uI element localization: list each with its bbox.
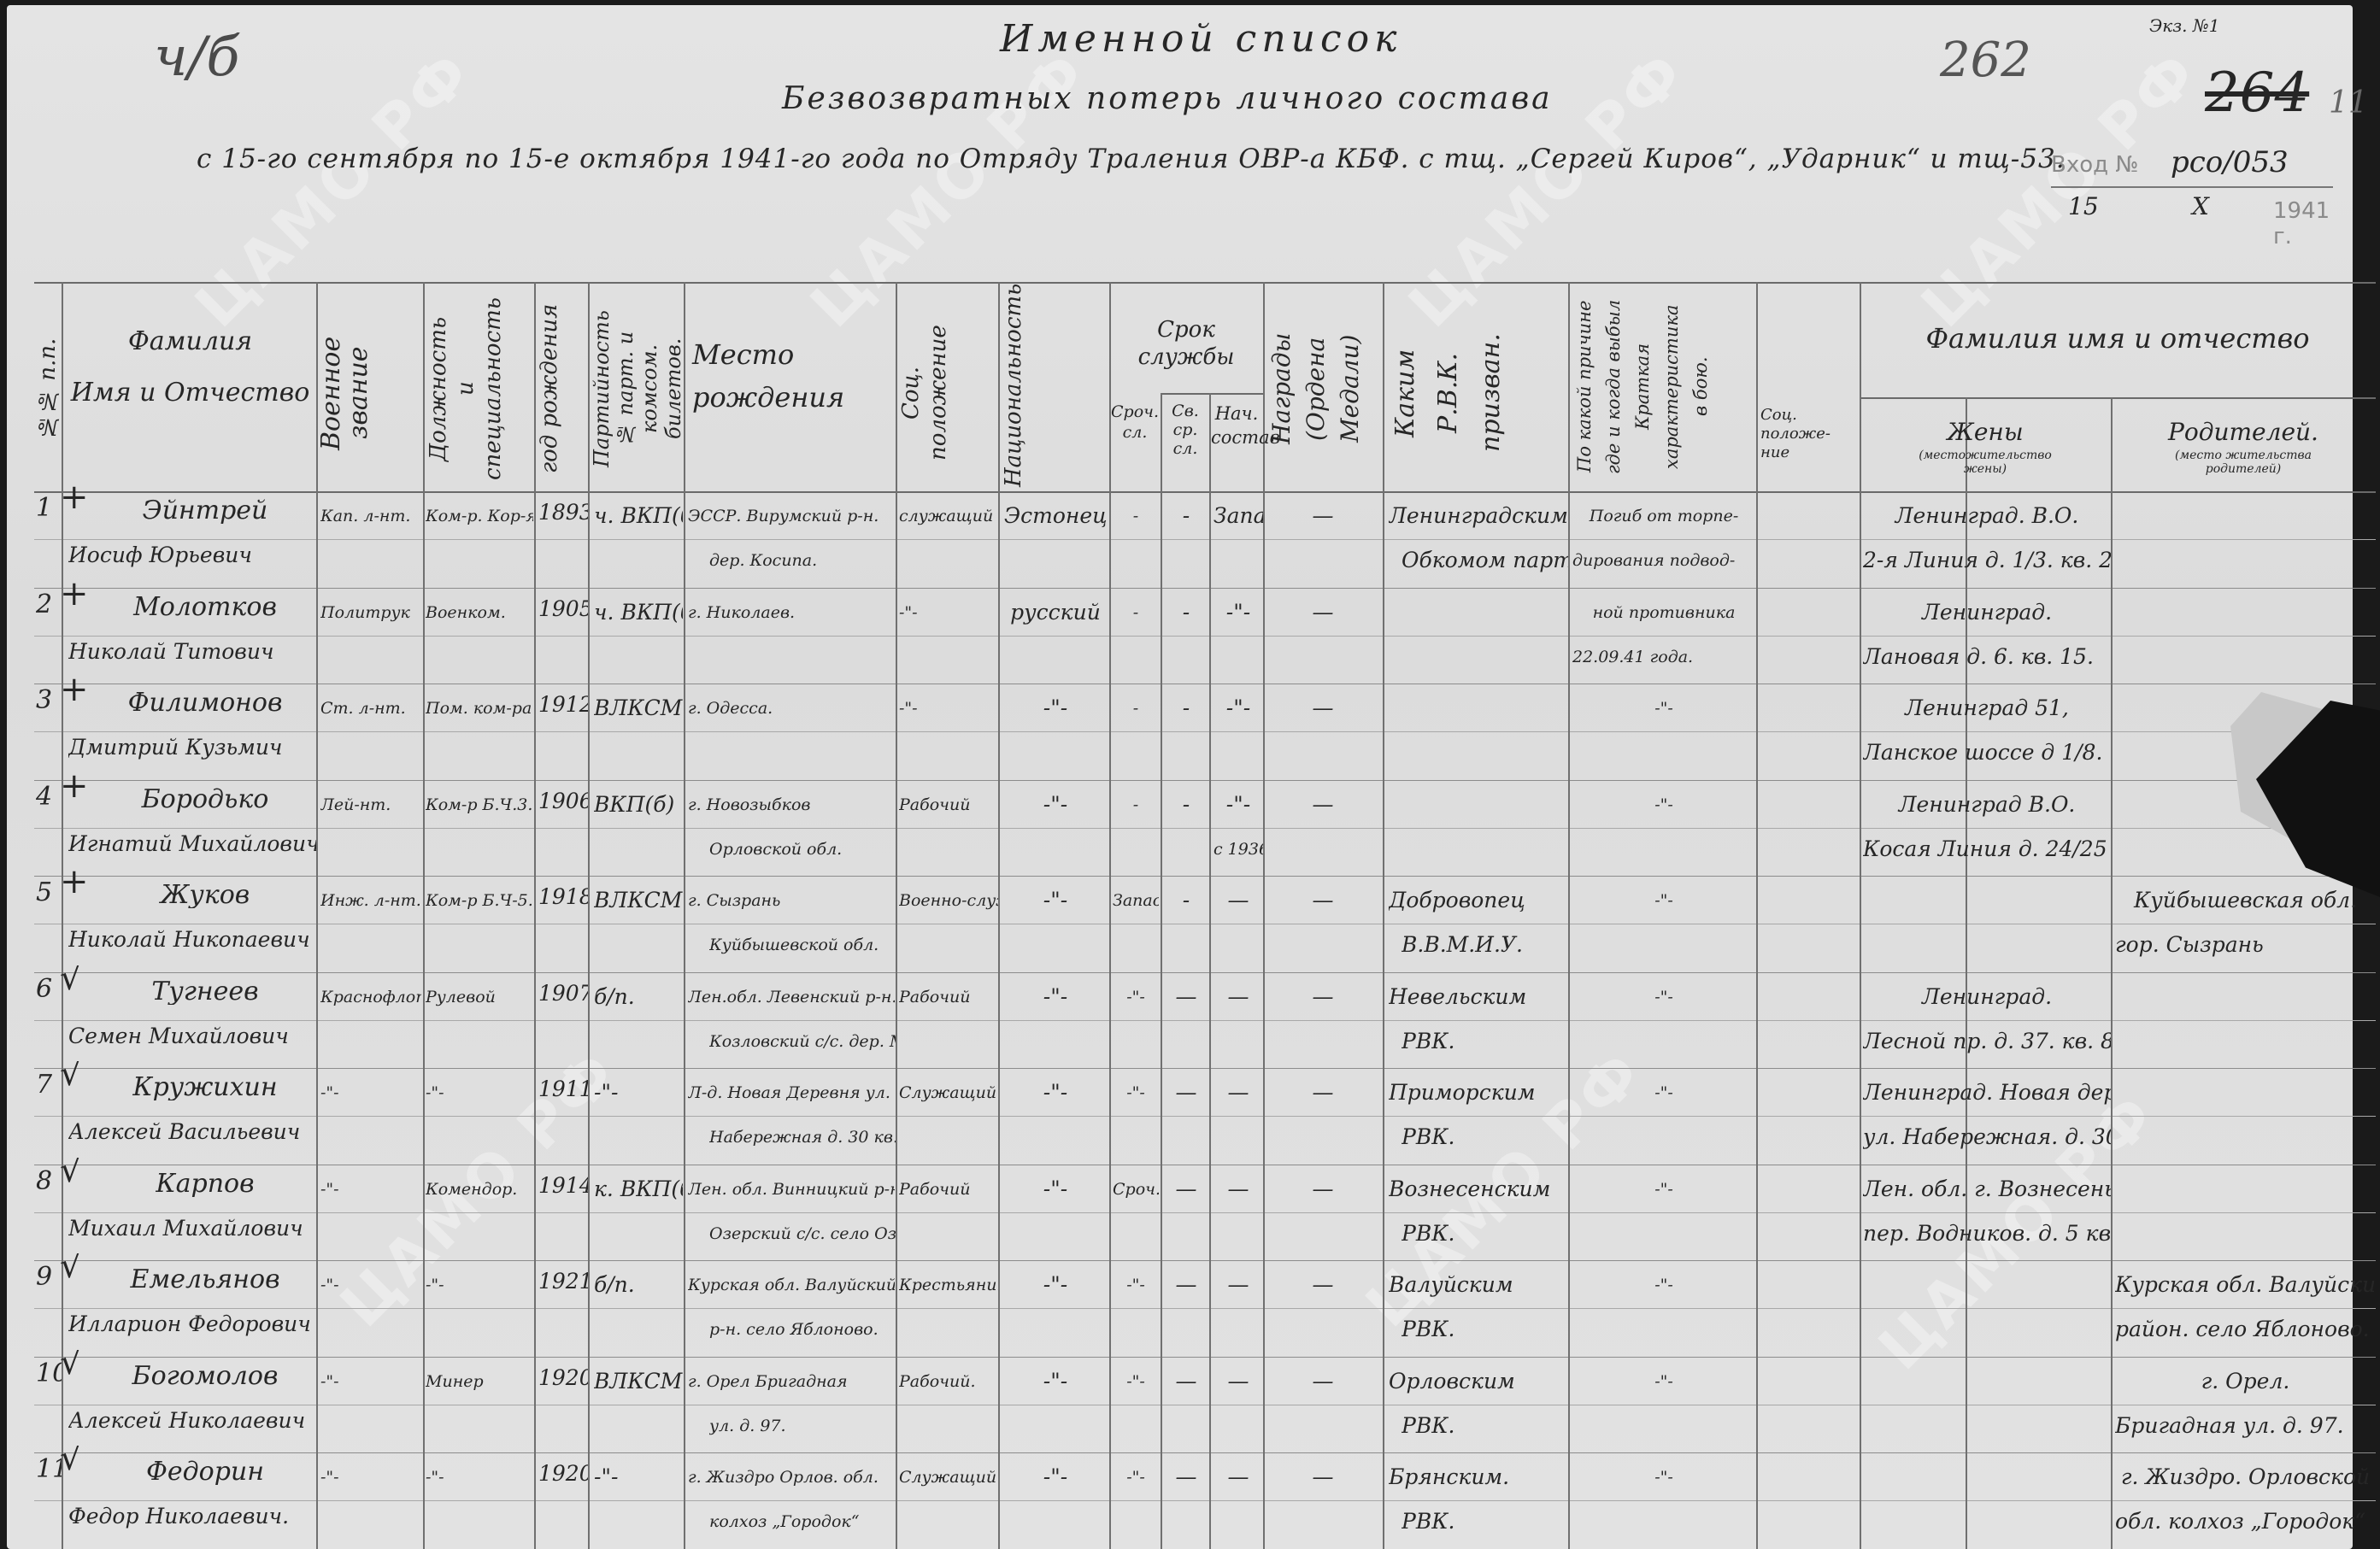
service-commanding: -"- [1214, 600, 1263, 625]
birthplace-line1: Лен.обл. Левенский р-н. [688, 984, 895, 1010]
birthplace-line1: г. Сызрань [688, 888, 895, 913]
surname: Тугнеев [103, 979, 308, 1005]
service-extended: - [1164, 792, 1208, 818]
social-status: Военно-служащий. [899, 888, 998, 913]
surname: Кружихин [103, 1075, 308, 1100]
stamp-month: X [2192, 192, 2209, 220]
wife-address-line1: Ленинград. В.О. [1863, 503, 2111, 529]
service-conscript: -"- [1113, 1464, 1159, 1490]
rvk-line2: РВК. [1402, 1124, 1568, 1150]
birth-year: 1920. [538, 1461, 588, 1487]
birthplace-line2: Набережная д. 30 кв. 25. [709, 1124, 896, 1150]
header-wife-note: (местожительство жены) [1860, 449, 2111, 476]
table-row: 4+БородькоИгнатий МихайловичЛей-нт.Ком-р… [34, 780, 2376, 877]
birth-year: 1907. [538, 981, 588, 1006]
nationality: -"- [1004, 1369, 1107, 1394]
wife-address-line1: Ленинград. Новая деревня [1863, 1080, 2111, 1106]
rvk-line2: РВК. [1402, 1317, 1568, 1342]
wife-address-line1: Ленинград. [1863, 984, 2111, 1010]
service-commanding: -"- [1214, 792, 1263, 818]
service-extended: - [1164, 600, 1208, 625]
header-position: Должность и специальность [425, 290, 532, 487]
nationality: Эстонец [1004, 503, 1107, 529]
header-service-term: Срок службы [1111, 316, 1261, 371]
table-row: 1+ЭйнтрейИосиф ЮрьевичКап. л-нт.Ком-р. К… [34, 491, 2376, 588]
table-row: 9√ЕмельяновИлларион Федорович-"--"-1921.… [34, 1260, 2376, 1357]
position: Ком-р Б.Ч-5. [426, 888, 533, 913]
cause-line1: -"- [1572, 1464, 1755, 1490]
parents-address-line1: Курская обл. Валуйский [2115, 1272, 2376, 1298]
birthplace-line1: ЭССР. Вирумский р-н. [688, 503, 895, 529]
given-names: Семен Михайлович [68, 1024, 316, 1049]
stamp-year: 1941 г. [2273, 198, 2333, 249]
rvk-line2: РВК. [1402, 1221, 1568, 1247]
party: -"- [594, 1080, 683, 1106]
surname: Бородько [103, 787, 308, 813]
birthplace-line1: Л-д. Новая Деревня ул. [688, 1080, 895, 1106]
birthplace-line2: р-н. село Яблоново. [709, 1317, 896, 1342]
cause-line2: дирования подвод- [1572, 548, 1755, 573]
birth-year: 1920. [538, 1365, 588, 1391]
cause-line1: -"- [1572, 1369, 1755, 1394]
birth-year: 1911. [538, 1077, 588, 1102]
header-relatives-social: Соц. положе- ние [1760, 406, 1854, 462]
service-extended: — [1164, 984, 1208, 1010]
header-name: Фамилия Имя и Отчество [68, 316, 312, 419]
service-commanding: — [1214, 888, 1263, 913]
parents-address-line1: Куйбышевская обл. [2115, 888, 2376, 913]
header-birthplace: Место рождения [692, 333, 889, 419]
surname: Эйнтрей [103, 498, 308, 524]
social-status: служащий [899, 503, 998, 529]
party: б/п. [594, 1272, 683, 1298]
birthplace-line2: Озерский с/с. село Озеро. [709, 1221, 896, 1247]
rank: -"- [320, 1176, 421, 1202]
header-service-conscript: Сроч. сл. [1111, 402, 1159, 443]
status-mark: √ [60, 1158, 94, 1183]
row-number: 11 [36, 1457, 62, 1482]
given-names: Михаил Михайлович [68, 1216, 316, 1241]
service-commanding: — [1214, 1464, 1263, 1490]
status-mark: + [60, 677, 94, 702]
rvk-line2: РВК. [1402, 1413, 1568, 1439]
awards: — [1265, 984, 1381, 1010]
page-number-pencil: 262 [1940, 32, 2031, 88]
service-commanding: — [1214, 984, 1263, 1010]
party: б/п. [594, 984, 683, 1010]
service-conscript: -"- [1113, 1080, 1159, 1106]
header-rank: Военное звание [318, 299, 420, 487]
birthplace-line1: г. Новозыбков [688, 792, 895, 818]
surname: Молотков [103, 595, 308, 620]
row-number: 8 [36, 1169, 62, 1194]
birthplace-line1: г. Орел Бригадная [688, 1369, 895, 1394]
wife-address-line2: пер. Водников. д. 5 кв. 2. [1863, 1221, 2111, 1247]
service-conscript: - [1113, 792, 1159, 818]
birth-year: 1893. [538, 500, 588, 525]
given-names: Алексей Николаевич [68, 1408, 316, 1434]
birthplace-line1: г. Жиздро Орлов. обл. [688, 1464, 895, 1490]
status-mark: √ [60, 1253, 94, 1279]
header-party: Партийность № парт. и комсом. билетов. [590, 290, 682, 487]
position: -"- [426, 1272, 533, 1298]
birthplace-line1: г. Одесса. [688, 695, 895, 721]
status-mark: + [60, 869, 94, 895]
social-status: Рабочий [899, 792, 998, 818]
awards: — [1265, 600, 1381, 625]
party: ВЛКСМ. [594, 888, 683, 913]
table-row: 5+ЖуковНиколай НикопаевичИнж. л-нт.Ком-р… [34, 876, 2376, 972]
given-names: Николай Никопаевич [68, 927, 316, 953]
service-extended: - [1164, 695, 1208, 721]
service-extended: — [1164, 1464, 1208, 1490]
service-extended: — [1164, 1369, 1208, 1394]
status-mark: √ [60, 1350, 94, 1376]
page-number-suffix: 11 [2329, 85, 2368, 120]
rank: Краснофлот. [320, 984, 421, 1010]
row-number: 3 [36, 688, 62, 713]
birth-year: 1905. [538, 596, 588, 622]
rank: -"- [320, 1080, 421, 1106]
cause-line1: -"- [1572, 984, 1755, 1010]
cause-line1: Погиб от торпе- [1572, 503, 1755, 529]
party: -"- [594, 1464, 683, 1490]
header-birth-year: год рождения [536, 290, 587, 487]
margin-note: ч/б [154, 26, 239, 89]
wife-address-line1: Ленинград 51, [1863, 695, 2111, 721]
party: ч. ВКП(б) [594, 503, 683, 529]
row-number: 5 [36, 880, 62, 906]
stamp-label: Вход № [2051, 152, 2138, 178]
party: ВЛКСМ. [594, 695, 683, 721]
table-row: 10√БогомоловАлексей Николаевич-"-Минер19… [34, 1357, 2376, 1453]
social-status: Служащий [899, 1080, 998, 1106]
wife-address-line2: Лесной пр. д. 37. кв. 81. [1863, 1029, 2111, 1054]
rvk-line2: Обкомом партии [1402, 548, 1568, 573]
service-commanding: — [1214, 1272, 1263, 1298]
row-number: 2 [36, 592, 62, 618]
birthplace-line2: колхоз „Городок“ [709, 1509, 896, 1534]
rank: -"- [320, 1464, 421, 1490]
header-service-commanding: Нач. состав [1211, 402, 1262, 449]
header-parents: Родителей. [2111, 419, 2376, 446]
position: Пом. ком-ра. [426, 695, 533, 721]
birthplace-line2: дер. Косипа. [709, 548, 896, 573]
social-status: Рабочий [899, 1176, 998, 1202]
service-extended: - [1164, 888, 1208, 913]
rvk-line1: Брянским. [1389, 1464, 1568, 1490]
wife-address-line1: Ленинград В.О. [1863, 792, 2111, 818]
stamp-day: 15 [2068, 192, 2099, 220]
given-names: Иосиф Юрьевич [68, 543, 316, 568]
surname: Емельянов [103, 1267, 308, 1293]
parents-address-line1: г. Орел. [2115, 1369, 2376, 1394]
page-number-ink: 264 [2205, 62, 2309, 125]
surname: Жуков [103, 883, 308, 908]
party: ч. ВКП(б) [594, 600, 683, 625]
status-mark: √ [60, 1446, 94, 1471]
nationality: русский [1004, 600, 1107, 625]
birthplace-line1: Лен. обл. Винницкий р-н. [688, 1176, 895, 1202]
awards: — [1265, 888, 1381, 913]
document-subtitle: Безвозвратных потерь личного состава [782, 81, 1553, 116]
document-period: с 15-го сентября по 15-е октября 1941-го… [197, 144, 2066, 174]
header-cause: По какой причине где и когда выбыл Кратк… [1570, 286, 1754, 487]
wife-address-line1: Ленинград. [1863, 600, 2111, 625]
rvk-line1: Вознесенским [1389, 1176, 1568, 1202]
wife-address-line2: Лановая д. 6. кв. 15. [1863, 644, 2111, 670]
nationality: -"- [1004, 792, 1107, 818]
awards: — [1265, 1464, 1381, 1490]
cause-line1: -"- [1572, 1080, 1755, 1106]
service-extended: — [1164, 1080, 1208, 1106]
service-extended: — [1164, 1176, 1208, 1202]
social-status: Служащий [899, 1464, 998, 1490]
row-number: 10 [36, 1361, 62, 1387]
header-awards: Награды (Ордена Медали) [1265, 290, 1381, 487]
personnel-loss-table: №№ п.п. Фамилия Имя и Отчество Военное з… [34, 282, 2380, 1549]
row-number: 7 [36, 1072, 62, 1098]
given-names: Игнатий Михайлович [68, 831, 316, 857]
rvk-line1: Добровопец [1389, 888, 1568, 913]
rvk-line1: Приморским [1389, 1080, 1568, 1106]
parents-address-line2: район. село Яблоново. [2115, 1317, 2376, 1342]
parents-address-line2: обл. колхоз „Городок“ [2115, 1509, 2376, 1534]
cause-line1: -"- [1572, 888, 1755, 913]
status-mark: + [60, 484, 94, 510]
rvk-line1: Ленинградским [1389, 503, 1568, 529]
cause-line1: ной противника [1572, 600, 1755, 625]
table-row: 3+ФилимоновДмитрий КузьмичСт. л-нт.Пом. … [34, 684, 2376, 780]
awards: — [1265, 1369, 1381, 1394]
rank: -"- [320, 1369, 421, 1394]
parents-address-line1: г. Жиздро. Орловской [2115, 1464, 2376, 1490]
header-service-extended: Св. ср. сл. [1162, 402, 1208, 458]
surname: Карпов [103, 1171, 308, 1197]
service-conscript: - [1113, 503, 1159, 529]
service-commanding: — [1214, 1176, 1263, 1202]
nationality: -"- [1004, 984, 1107, 1010]
rank: Политрук [320, 600, 421, 625]
birthplace-line1: Курская обл. Валуйский [688, 1272, 895, 1298]
awards: — [1265, 1272, 1381, 1298]
table-row: 6√ТугнеевСемен МихайловичКраснофлот.Руле… [34, 972, 2376, 1069]
position: Военком. [426, 600, 533, 625]
birthplace-line2: ул. д. 97. [709, 1413, 896, 1439]
cause-line1: -"- [1572, 1176, 1755, 1202]
copy-number: Экз. №1 [2149, 15, 2220, 36]
social-status: -"- [899, 600, 998, 625]
social-status: Рабочий. [899, 1369, 998, 1394]
rank: Ст. л-нт. [320, 695, 421, 721]
nationality: -"- [1004, 695, 1107, 721]
service-commanding: — [1214, 1369, 1263, 1394]
given-names: Федор Николаевич. [68, 1504, 316, 1529]
rvk-line2: РВК. [1402, 1509, 1568, 1534]
birth-year: 1918. [538, 884, 588, 910]
status-mark: + [60, 581, 94, 607]
row-number: 6 [36, 977, 62, 1002]
header-relatives: Фамилия имя и отчество [1860, 325, 2376, 352]
service-extended: - [1164, 503, 1208, 529]
birthplace-line2: Куйбышевской обл. [709, 932, 896, 958]
position: Минер [426, 1369, 533, 1394]
service-conscript: - [1113, 695, 1159, 721]
position: Ком-р. Кор-я [426, 503, 533, 529]
position: -"- [426, 1080, 533, 1106]
position: Комендор. [426, 1176, 533, 1202]
birth-year: 1921. [538, 1269, 588, 1294]
row-number: 4 [36, 784, 62, 810]
surname: Богомолов [103, 1364, 308, 1389]
service-conscript: Запас [1113, 888, 1159, 913]
given-names: Николай Титович [68, 639, 316, 665]
rvk-line1: Орловским [1389, 1369, 1568, 1394]
service-conscript: -"- [1113, 1272, 1159, 1298]
service-conscript: -"- [1113, 1369, 1159, 1394]
birth-year: 1906. [538, 789, 588, 814]
rvk-line2: В.В.М.И.У. [1402, 932, 1568, 958]
rank: Лей-нт. [320, 792, 421, 818]
birthplace-line2: Козловский с/с. дер. Малево. [709, 1029, 896, 1054]
row-number: 9 [36, 1264, 62, 1290]
table-row: 11√ФедоринФедор Николаевич.-"--"-1920.-"… [34, 1452, 2376, 1549]
cause-line1: -"- [1572, 1272, 1755, 1298]
header-parents-note: (место жительства родителей) [2111, 449, 2376, 476]
social-status: Рабочий [899, 984, 998, 1010]
social-status: -"- [899, 695, 998, 721]
stamp-number: рсо/053 [2171, 145, 2289, 179]
service-commanding-since: с 1936 г. [1214, 836, 1263, 862]
row-number: 1 [36, 496, 62, 521]
rvk-line1: Невельским [1389, 984, 1568, 1010]
status-mark: √ [60, 965, 94, 991]
service-conscript: Сроч. [1113, 1176, 1159, 1202]
service-commanding: -"- [1214, 695, 1263, 721]
table-row: 8√КарповМихаил Михайлович-"-Комендор.191… [34, 1165, 2376, 1261]
birth-year: 1914. [538, 1173, 588, 1199]
table-row: 7√КружихинАлексей Васильевич-"--"-1911.-… [34, 1068, 2376, 1165]
parents-address-line2: Бригадная ул. д. 97. [2115, 1413, 2376, 1439]
service-extended: — [1164, 1272, 1208, 1298]
surname: Федорин [103, 1459, 308, 1485]
status-mark: √ [60, 1061, 94, 1087]
status-mark: + [60, 773, 94, 799]
awards: — [1265, 1176, 1381, 1202]
nationality: -"- [1004, 1080, 1107, 1106]
position: -"- [426, 1464, 533, 1490]
nationality: -"- [1004, 1464, 1107, 1490]
rank: Кап. л-нт. [320, 503, 421, 529]
awards: — [1265, 1080, 1381, 1106]
cause-line1: -"- [1572, 695, 1755, 721]
nationality: -"- [1004, 1272, 1107, 1298]
parents-address-line2: гор. Сызрань [2115, 932, 2376, 958]
surname: Филимонов [103, 690, 308, 716]
given-names: Илларион Федорович [68, 1311, 316, 1337]
awards: — [1265, 695, 1381, 721]
birth-year: 1912. [538, 692, 588, 718]
social-status: Крестьянин [899, 1272, 998, 1298]
cause-line1: -"- [1572, 792, 1755, 818]
incoming-stamp: Вход № рсо/053 15 X 1941 г. [2051, 145, 2333, 231]
given-names: Дмитрий Кузьмич [68, 735, 316, 760]
cause-line2: 22.09.41 года. [1572, 644, 1755, 670]
position: Ком-р Б.Ч.3. [426, 792, 533, 818]
service-commanding: — [1214, 1080, 1263, 1106]
party: к. ВКП(б) [594, 1176, 683, 1202]
service-commanding: Запас [1214, 503, 1263, 529]
rank: Инж. л-нт. [320, 888, 421, 913]
awards: — [1265, 792, 1381, 818]
rvk-line1: Валуйским [1389, 1272, 1568, 1298]
document-title: Именной список [1000, 17, 1402, 61]
party: ВЛКСМ. [594, 1369, 683, 1394]
nationality: -"- [1004, 888, 1107, 913]
rvk-line2: РВК. [1402, 1029, 1568, 1054]
wife-address-line2: ул. Набережная. д. 30. кв. 25. [1863, 1124, 2111, 1150]
party: ВКП(б) [594, 792, 683, 818]
wife-address-line2: Ланское шоссе д 1/8. кв. 7. [1863, 740, 2111, 766]
wife-address-line1: Лен. обл. г. Вознесенье [1863, 1176, 2111, 1202]
rank: -"- [320, 1272, 421, 1298]
nationality: -"- [1004, 1176, 1107, 1202]
service-conscript: - [1113, 600, 1159, 625]
header-wife: Жены [1860, 419, 2111, 446]
wife-address-line2: Косая Линия д. 24/25 кв 226. [1863, 836, 2111, 862]
given-names: Алексей Васильевич [68, 1119, 316, 1145]
awards: — [1265, 503, 1381, 529]
position: Рулевой [426, 984, 533, 1010]
birthplace-line2: Орловской обл. [709, 836, 896, 862]
header-num: №№ п.п. [34, 290, 62, 487]
header-rvk: Каким Р.В.К. призван. [1384, 299, 1566, 487]
birthplace-line1: г. Николаев. [688, 600, 895, 625]
wife-address-line2: 2-я Линия д. 1/3. кв. 25. [1863, 548, 2111, 573]
header-social: Соц. положение [897, 299, 996, 487]
table-row: 2+МолотковНиколай ТитовичПолитрукВоенком… [34, 588, 2376, 684]
header-nationality: Национальность [1000, 290, 1108, 487]
service-conscript: -"- [1113, 984, 1159, 1010]
